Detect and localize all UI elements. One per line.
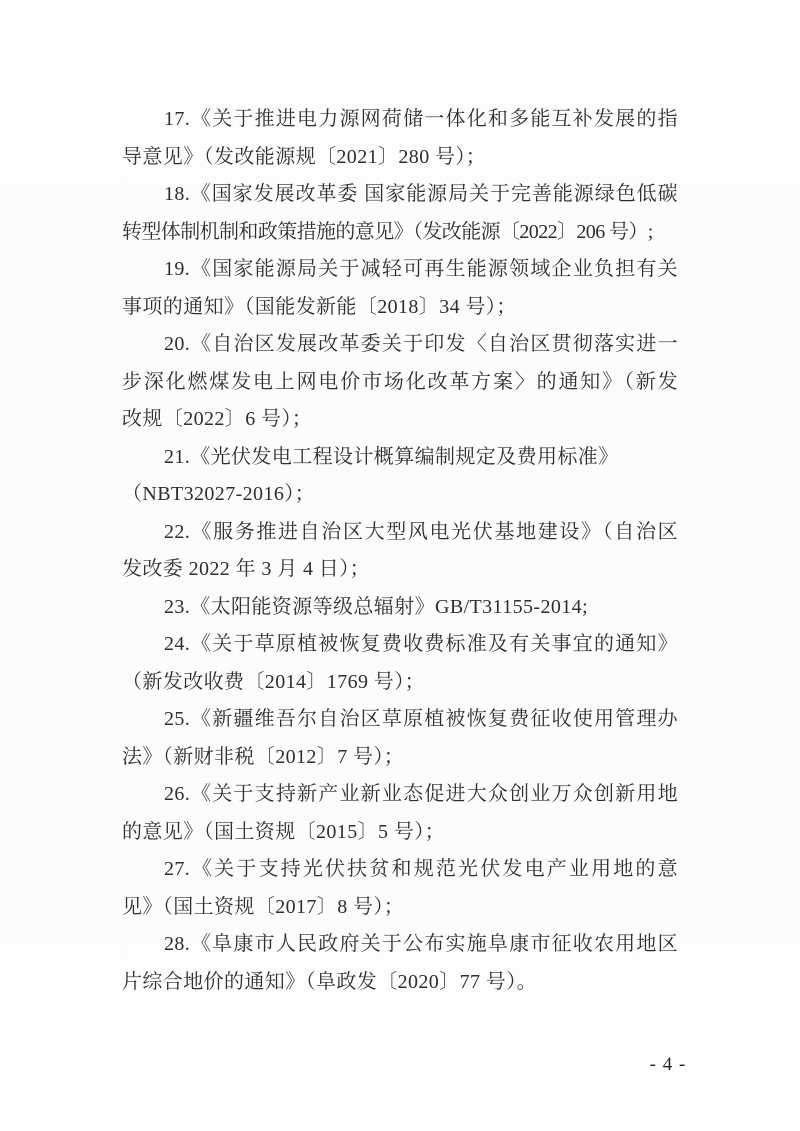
policy-item-17-line-2: 导意见》（发改能源规〔2021〕280 号）； (122, 139, 678, 177)
policy-item-26-line-1: 26.《关于支持新产业新业态促进大众创业万众创新用地 (122, 776, 678, 814)
policy-item-20-line-3: 改规〔2022〕6 号）； (122, 401, 678, 439)
policy-item-20-line-2: 步深化燃煤发电上网电价市场化改革方案〉的通知》（新发 (122, 364, 678, 402)
policy-item-21-line-1: 21.《光伏发电工程设计概算编制规定及费用标准》 (122, 439, 678, 477)
policy-item-19-line-1: 19.《国家能源局关于减轻可再生能源领域企业负担有关 (122, 251, 678, 289)
policy-item-25: 25.《新疆维吾尔自治区草原植被恢复费征收使用管理办 法》（新财非税〔2012〕… (122, 701, 678, 776)
policy-item-18: 18.《国家发展改革委 国家能源局关于完善能源绿色低碳 转型体制机制和政策措施的… (122, 176, 678, 251)
policy-item-17-line-1: 17.《关于推进电力源网荷储一体化和多能互补发展的指 (122, 101, 678, 139)
policy-reference-list: 17.《关于推进电力源网荷储一体化和多能互补发展的指 导意见》（发改能源规〔20… (122, 101, 678, 1001)
policy-item-24-line-2: （新发改收费〔2014〕1769 号）； (122, 664, 678, 702)
policy-item-26: 26.《关于支持新产业新业态促进大众创业万众创新用地 的意见》（国土资规〔201… (122, 776, 678, 851)
policy-item-18-line-2: 转型体制机制和政策措施的意见》（发改能源〔2022〕206 号）; (122, 214, 678, 252)
policy-item-17: 17.《关于推进电力源网荷储一体化和多能互补发展的指 导意见》（发改能源规〔20… (122, 101, 678, 176)
policy-item-28-line-2: 片综合地价的通知》（阜政发〔2020〕77 号）。 (122, 964, 678, 1002)
policy-item-25-line-1: 25.《新疆维吾尔自治区草原植被恢复费征收使用管理办 (122, 701, 678, 739)
policy-item-28-line-1: 28.《阜康市人民政府关于公布实施阜康市征收农用地区 (122, 926, 678, 964)
policy-item-27: 27.《关于支持光伏扶贫和规范光伏发电产业用地的意 见》（国土资规〔2017〕8… (122, 851, 678, 926)
policy-item-21: 21.《光伏发电工程设计概算编制规定及费用标准》 （NBT32027-2016）… (122, 439, 678, 514)
policy-item-26-line-2: 的意见》（国土资规〔2015〕5 号）； (122, 814, 678, 852)
policy-item-23: 23.《太阳能资源等级总辐射》GB/T31155-2014; (122, 589, 678, 627)
policy-item-28: 28.《阜康市人民政府关于公布实施阜康市征收农用地区 片综合地价的通知》（阜政发… (122, 926, 678, 1001)
policy-item-22-line-2: 发改委 2022 年 3 月 4 日）； (122, 551, 678, 589)
policy-item-22-line-1: 22.《服务推进自治区大型风电光伏基地建设》（自治区 (122, 514, 678, 552)
policy-item-25-line-2: 法》（新财非税〔2012〕7 号）； (122, 739, 678, 777)
policy-item-18-line-1: 18.《国家发展改革委 国家能源局关于完善能源绿色低碳 (122, 176, 678, 214)
policy-item-23-line-1: 23.《太阳能资源等级总辐射》GB/T31155-2014; (122, 589, 678, 627)
page-number: - 4 - (618, 1051, 718, 1079)
policy-item-20: 20.《自治区发展改革委关于印发〈自治区贯彻落实进一 步深化燃煤发电上网电价市场… (122, 326, 678, 439)
policy-item-21-line-2: （NBT32027-2016）； (122, 476, 678, 514)
policy-item-27-line-2: 见》（国土资规〔2017〕8 号）； (122, 889, 678, 927)
policy-item-24-line-1: 24.《关于草原植被恢复费收费标准及有关事宜的通知》 (122, 626, 678, 664)
policy-item-27-line-1: 27.《关于支持光伏扶贫和规范光伏发电产业用地的意 (122, 851, 678, 889)
policy-item-19: 19.《国家能源局关于减轻可再生能源领域企业负担有关 事项的通知》（国能发新能〔… (122, 251, 678, 326)
policy-item-24: 24.《关于草原植被恢复费收费标准及有关事宜的通知》 （新发改收费〔2014〕1… (122, 626, 678, 701)
policy-item-19-line-2: 事项的通知》（国能发新能〔2018〕34 号）； (122, 289, 678, 327)
policy-item-20-line-1: 20.《自治区发展改革委关于印发〈自治区贯彻落实进一 (122, 326, 678, 364)
document-page: 17.《关于推进电力源网荷储一体化和多能互补发展的指 导意见》（发改能源规〔20… (0, 0, 800, 1131)
policy-item-22: 22.《服务推进自治区大型风电光伏基地建设》（自治区 发改委 2022 年 3 … (122, 514, 678, 589)
